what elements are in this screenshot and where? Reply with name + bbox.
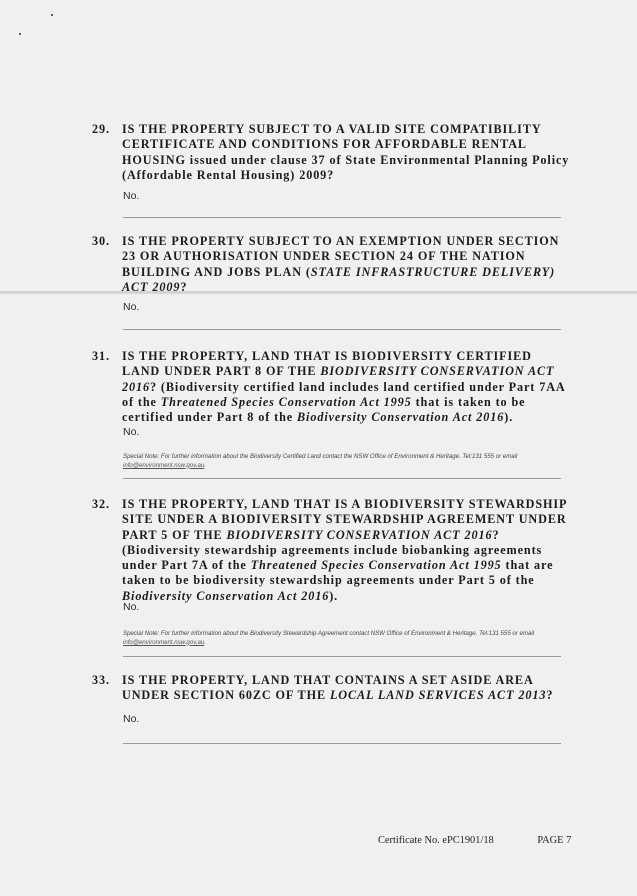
special-note: Special Note: For further information ab… xyxy=(123,453,569,470)
question-number: 30. xyxy=(92,234,122,295)
divider xyxy=(123,743,561,744)
question-text: IS THE PROPERTY, LAND THAT IS A BIODIVER… xyxy=(122,497,570,604)
certificate-number: Certificate No. ePC1901/18 xyxy=(378,835,494,846)
answer: No. xyxy=(123,426,139,438)
question-33: 33. IS THE PROPERTY, LAND THAT CONTAINS … xyxy=(92,673,570,704)
email-link[interactable]: info@environment.nsw.gov.au xyxy=(123,639,204,646)
page-footer: Certificate No. ePC1901/18 PAGE 7 xyxy=(378,835,571,846)
question-text: IS THE PROPERTY SUBJECT TO A VALID SITE … xyxy=(122,122,570,183)
answer: No. xyxy=(123,713,139,725)
question-number: 31. xyxy=(92,349,122,425)
question-text: IS THE PROPERTY, LAND THAT IS BIODIVERSI… xyxy=(122,349,570,425)
special-note: Special Note: For further information ab… xyxy=(123,630,569,647)
question-number: 33. xyxy=(92,673,122,704)
scan-speck xyxy=(51,14,53,16)
answer: No. xyxy=(123,190,139,202)
divider xyxy=(123,329,561,330)
question-text: IS THE PROPERTY, LAND THAT CONTAINS A SE… xyxy=(122,673,570,704)
question-29: 29. IS THE PROPERTY SUBJECT TO A VALID S… xyxy=(92,122,570,183)
special-note-text: Special Note: For further information ab… xyxy=(123,630,534,637)
answer: No. xyxy=(123,301,139,313)
question-text: IS THE PROPERTY SUBJECT TO AN EXEMPTION … xyxy=(122,234,570,295)
answer: No. xyxy=(123,601,139,613)
divider xyxy=(123,478,561,479)
question-32: 32. IS THE PROPERTY, LAND THAT IS A BIOD… xyxy=(92,497,570,604)
special-note-text: Special Note: For further information ab… xyxy=(123,453,517,460)
question-30: 30. IS THE PROPERTY SUBJECT TO AN EXEMPT… xyxy=(92,234,570,295)
email-link[interactable]: info@environment.nsw.gov.au xyxy=(123,462,204,469)
question-number: 32. xyxy=(92,497,122,604)
divider xyxy=(123,217,561,218)
question-31: 31. IS THE PROPERTY, LAND THAT IS BIODIV… xyxy=(92,349,570,425)
question-number: 29. xyxy=(92,122,122,183)
page-number: PAGE 7 xyxy=(537,835,571,846)
divider xyxy=(123,656,561,657)
scan-speck xyxy=(19,33,21,35)
